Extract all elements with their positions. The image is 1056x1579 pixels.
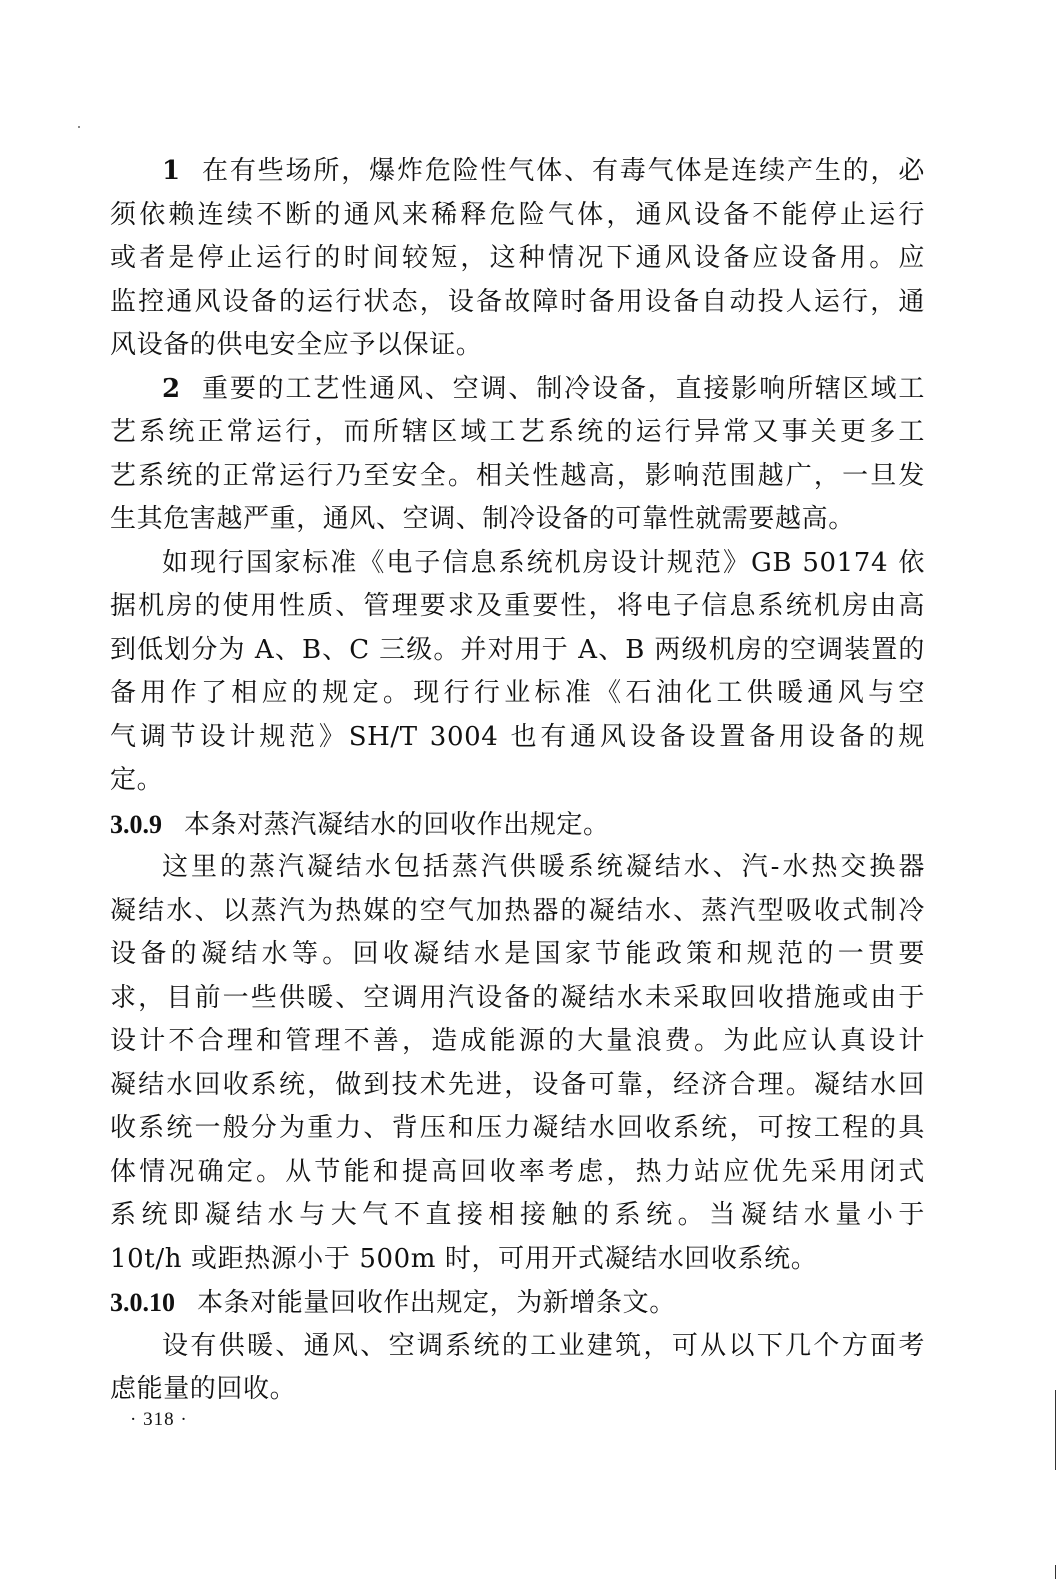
- text-line: 风设备的供电安全应予以保证。: [110, 324, 925, 368]
- text-line: 设有供暖、通风、空调系统的工业建筑，可从以下几个方面考: [110, 1325, 925, 1369]
- section-3-0-10: 3.0.10本条对能量回收作出规定，为新增条文。 设有供暖、通风、空调系统的工业…: [110, 1281, 925, 1412]
- text-line: 设备的凝结水等。回收凝结水是国家节能政策和规范的一贯要: [110, 933, 925, 977]
- line-text: 重要的工艺性通风、空调、制冷设备，直接影响所辖区域工: [201, 374, 925, 404]
- text-line: 设计不合理和管理不善，造成能源的大量浪费。为此应认真设计: [110, 1020, 925, 1064]
- text-line: 体情况确定。从节能和提高回收率考虑，热力站应优先采用闭式: [110, 1151, 925, 1195]
- text-line: 1在有些场所，爆炸危险性气体、有毒气体是连续产生的，必: [110, 150, 925, 194]
- text-line: 系统即凝结水与大气不直接相接触的系统。当凝结水量小于: [110, 1194, 925, 1238]
- text-line: 收系统一般分为重力、背压和压力凝结水回收系统，可按工程的具: [110, 1107, 925, 1151]
- text-line: 虑能量的回收。: [110, 1368, 925, 1412]
- document-page: 1在有些场所，爆炸危险性气体、有毒气体是连续产生的，必 须依赖连续不断的通风来稀…: [110, 150, 925, 1412]
- text-line: 2重要的工艺性通风、空调、制冷设备，直接影响所辖区域工: [110, 368, 925, 412]
- item-number: 1: [162, 156, 181, 186]
- section-heading: 3.0.9本条对蒸汽凝结水的回收作出规定。: [110, 803, 925, 847]
- text-line: 气调节设计规范》SH/T 3004 也有通风设备设置备用设备的规: [110, 716, 925, 760]
- text-line: 到低划分为 A、B、C 三级。并对用于 A、B 两级机房的空调装置的: [110, 629, 925, 673]
- text-line: 10t/h 或距热源小于 500m 时，可用开式凝结水回收系统。: [110, 1238, 925, 1282]
- item-number: 2: [162, 374, 181, 404]
- text-line: 求，目前一些供暖、空调用汽设备的凝结水未采取回收措施或由于: [110, 977, 925, 1021]
- scan-speck: [78, 126, 80, 128]
- text-line: 凝结水、以蒸汽为热媒的空气加热器的凝结水、蒸汽型吸收式制冷: [110, 890, 925, 934]
- text-line: 艺系统的正常运行乃至安全。相关性越高，影响范围越广，一旦发: [110, 455, 925, 499]
- text-line: 生其危害越严重，通风、空调、制冷设备的可靠性就需要越高。: [110, 498, 925, 542]
- text-line: 这里的蒸汽凝结水包括蒸汽供暖系统凝结水、汽-水热交换器: [110, 846, 925, 890]
- page-number: · 318 ·: [130, 1409, 188, 1431]
- text-line: 须依赖连续不断的通风来稀释危险气体，通风设备不能停止运行: [110, 194, 925, 238]
- line-text: 在有些场所，爆炸危险性气体、有毒气体是连续产生的，必: [201, 156, 925, 186]
- paragraph-item-1: 1在有些场所，爆炸危险性气体、有毒气体是连续产生的，必 须依赖连续不断的通风来稀…: [110, 150, 925, 368]
- text-line: 或者是停止运行的时间较短，这种情况下通风设备应设备用。应: [110, 237, 925, 281]
- paragraph-item-2: 2重要的工艺性通风、空调、制冷设备，直接影响所辖区域工 艺系统正常运行，而所辖区…: [110, 368, 925, 542]
- section-number: 3.0.9: [110, 810, 162, 839]
- section-title: 本条对能量回收作出规定，为新增条文。: [197, 1288, 676, 1318]
- text-line: 监控通风设备的运行状态，设备故障时备用设备自动投人运行，通: [110, 281, 925, 325]
- text-line: 如现行国家标准《电子信息系统机房设计规范》GB 50174 依: [110, 542, 925, 586]
- text-line: 艺系统正常运行，而所辖区域工艺系统的运行异常又事关更多工: [110, 411, 925, 455]
- text-line: 定。: [110, 759, 925, 803]
- section-3-0-9: 3.0.9本条对蒸汽凝结水的回收作出规定。 这里的蒸汽凝结水包括蒸汽供暖系统凝结…: [110, 803, 925, 1282]
- section-heading: 3.0.10本条对能量回收作出规定，为新增条文。: [110, 1281, 925, 1325]
- text-line: 备用作了相应的规定。现行行业标准《石油化工供暖通风与空: [110, 672, 925, 716]
- text-line: 凝结水回收系统，做到技术先进，设备可靠，经济合理。凝结水回: [110, 1064, 925, 1108]
- section-number: 3.0.10: [110, 1288, 175, 1317]
- text-line: 据机房的使用性质、管理要求及重要性，将电子信息系统机房由高: [110, 585, 925, 629]
- paragraph-standards: 如现行国家标准《电子信息系统机房设计规范》GB 50174 依 据机房的使用性质…: [110, 542, 925, 803]
- section-title: 本条对蒸汽凝结水的回收作出规定。: [184, 810, 610, 840]
